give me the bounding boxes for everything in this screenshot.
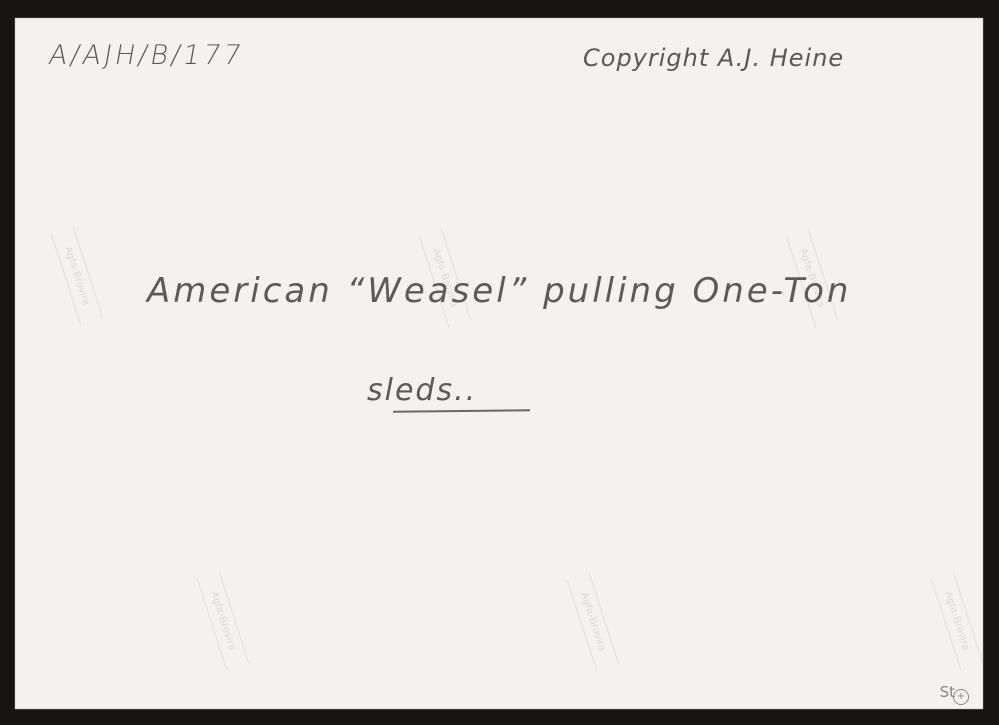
watermark-text: Agfa-Brovira xyxy=(208,590,237,652)
paper-watermark: Agfa-Brovira xyxy=(567,573,619,672)
corner-mark: St + xyxy=(940,683,969,701)
photo-back-paper: Agfa-Brovira Agfa-Brovira Agfa-Brovira A… xyxy=(15,18,983,709)
watermark-text: Agfa-Brovira xyxy=(62,245,91,307)
caption-line-1: American “Weasel” pulling One-Ton xyxy=(147,271,851,311)
caption-underline xyxy=(393,409,530,412)
scan-background: Agfa-Brovira Agfa-Brovira Agfa-Brovira A… xyxy=(0,0,999,725)
copyright-note: Copyright A.J. Heine xyxy=(583,44,844,72)
paper-watermark: Agfa-Brovira xyxy=(931,572,983,671)
paper-watermark: Agfa-Brovira xyxy=(51,227,103,326)
circled-plus-icon: + xyxy=(953,689,969,705)
catalog-number: A/AJH/B/177 xyxy=(46,40,246,71)
caption-line-2: sleds.. xyxy=(367,373,477,408)
watermark-text: Agfa-Brovira xyxy=(942,590,971,652)
paper-watermark: Agfa-Brovira xyxy=(197,572,249,671)
watermark-text: Agfa-Brovira xyxy=(578,591,607,653)
